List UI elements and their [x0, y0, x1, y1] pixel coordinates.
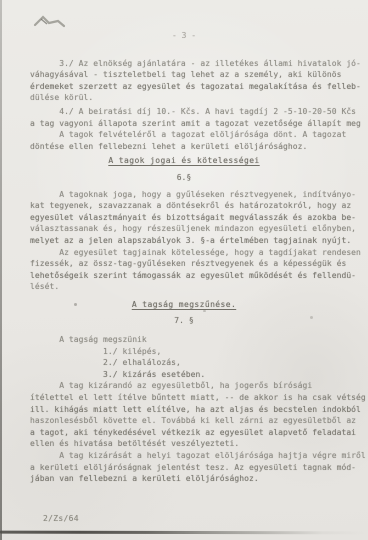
text-line: haszonlesésből követte el. Továbbá ki ke…: [0, 415, 368, 427]
paper-speck: [74, 303, 77, 306]
paragraph-member-duties: Az egyesület tagjainak kötelessége, hogy…: [0, 247, 368, 293]
scan-bottom-edge-artifact: [0, 531, 366, 535]
scanned-document-page: - 3 - 3./ Az elnökség ajánlatára - az il…: [0, 0, 368, 540]
paper-speck: [310, 316, 313, 319]
archive-reference-number: 2/Zs/64: [43, 514, 79, 523]
text-line: a kerületi elöljáróságnak jelentést tesz…: [0, 462, 368, 474]
paragraph-admission: A tagok felvételéről a tagozat elöljárós…: [0, 129, 368, 152]
text-line: A tag kizárandó az egyesületből, ha joge…: [0, 380, 368, 392]
paragraph-expulsion-grounds: A tag kizárandó az egyesületből, ha joge…: [0, 380, 368, 450]
text-line: lehetőségeik szerint támogassák az egyes…: [0, 270, 368, 282]
text-line: 4./ A beiratási díj 10.- Kčs. A havi tag…: [0, 106, 368, 118]
text-line: Az egyesület tagjainak kötelessége, hogy…: [0, 247, 368, 259]
text-line: döntése ellen fellebezni lehet a kerület…: [0, 141, 368, 153]
text-line: fizessék, az össz-tag-gyűléseken résztve…: [0, 258, 368, 270]
text-line: A tagság megszünik: [0, 334, 368, 346]
text-line: lését.: [0, 281, 368, 293]
text-line: 3./ Az elnökség ajánlatára - az illetéke…: [0, 58, 368, 70]
text-line: a tag vagyoni állapota szerint amit a ta…: [0, 118, 368, 130]
scan-left-edge-artifact: [0, 0, 2, 540]
paragraph-3-honorary-members: 3./ Az elnökség ajánlatára - az illetéke…: [0, 58, 368, 104]
termination-list: 1./ kilépés, 2./ elhalálozás, 3./ kizárá…: [0, 346, 368, 381]
text-line: érdemeket szerzett az egyesület és tagoz…: [0, 81, 368, 93]
crease-mark: [33, 11, 67, 33]
paragraph-expulsion-procedure: A tag kizárását a helyi tagozat elöljáró…: [0, 450, 368, 485]
text-line: ítélettel el lett ítélve bűntett miatt, …: [0, 392, 368, 404]
text-line: 2./ elhalálozás,: [0, 357, 368, 369]
document-body: 3./ Az elnökség ajánlatára - az illetéke…: [0, 58, 368, 485]
text-line: 3./ kizárás esetében.: [0, 369, 368, 381]
text-line: a tagot, aki ténykedésével vétkezik az e…: [0, 427, 368, 439]
text-line: A tagoknak joga, hogy a gyűléseken részt…: [0, 189, 368, 201]
section-number-6: 6.§: [0, 172, 368, 184]
paragraph-4-fees: 4./ A beiratási díj 10.- Kčs. A havi tag…: [0, 106, 368, 129]
text-line: kat tegyenek, szavazzanak a döntésekről …: [0, 200, 368, 212]
text-line: jában van fellebezni a kerületi elöljáró…: [0, 473, 368, 485]
text-line: A tag kizárását a helyi tagozat elöljáró…: [0, 450, 368, 462]
text-line: váhagyásával - tiszteletbeli tag lehet a…: [0, 69, 368, 81]
heading-membership-termination: A tagság megszűnése.: [0, 299, 368, 311]
text-line: választassanak és, hogy részesüljenek mi…: [0, 223, 368, 235]
text-line: 1./ kilépés,: [0, 346, 368, 358]
paragraph-termination-intro: A tagság megszünik: [0, 334, 368, 346]
text-line: ellen és hivatása betöltését veszélyezte…: [0, 438, 368, 450]
text-line: A tagok felvételéről a tagozat elöljárós…: [0, 129, 368, 141]
text-line: ill. kihágás miatt lett elítélve, ha azt…: [0, 404, 368, 416]
paper-speck: [203, 310, 206, 312]
text-line: melyet az a jelen alapszabályok 3. §-a é…: [0, 235, 368, 247]
text-line: dülése körül.: [0, 92, 368, 104]
heading-member-rights: A tagok jogai és kötelességei: [0, 155, 368, 167]
text-line: egyesület választmányait és bizottságait…: [0, 212, 368, 224]
paragraph-member-rights: A tagoknak joga, hogy a gyűléseken részt…: [0, 189, 368, 247]
